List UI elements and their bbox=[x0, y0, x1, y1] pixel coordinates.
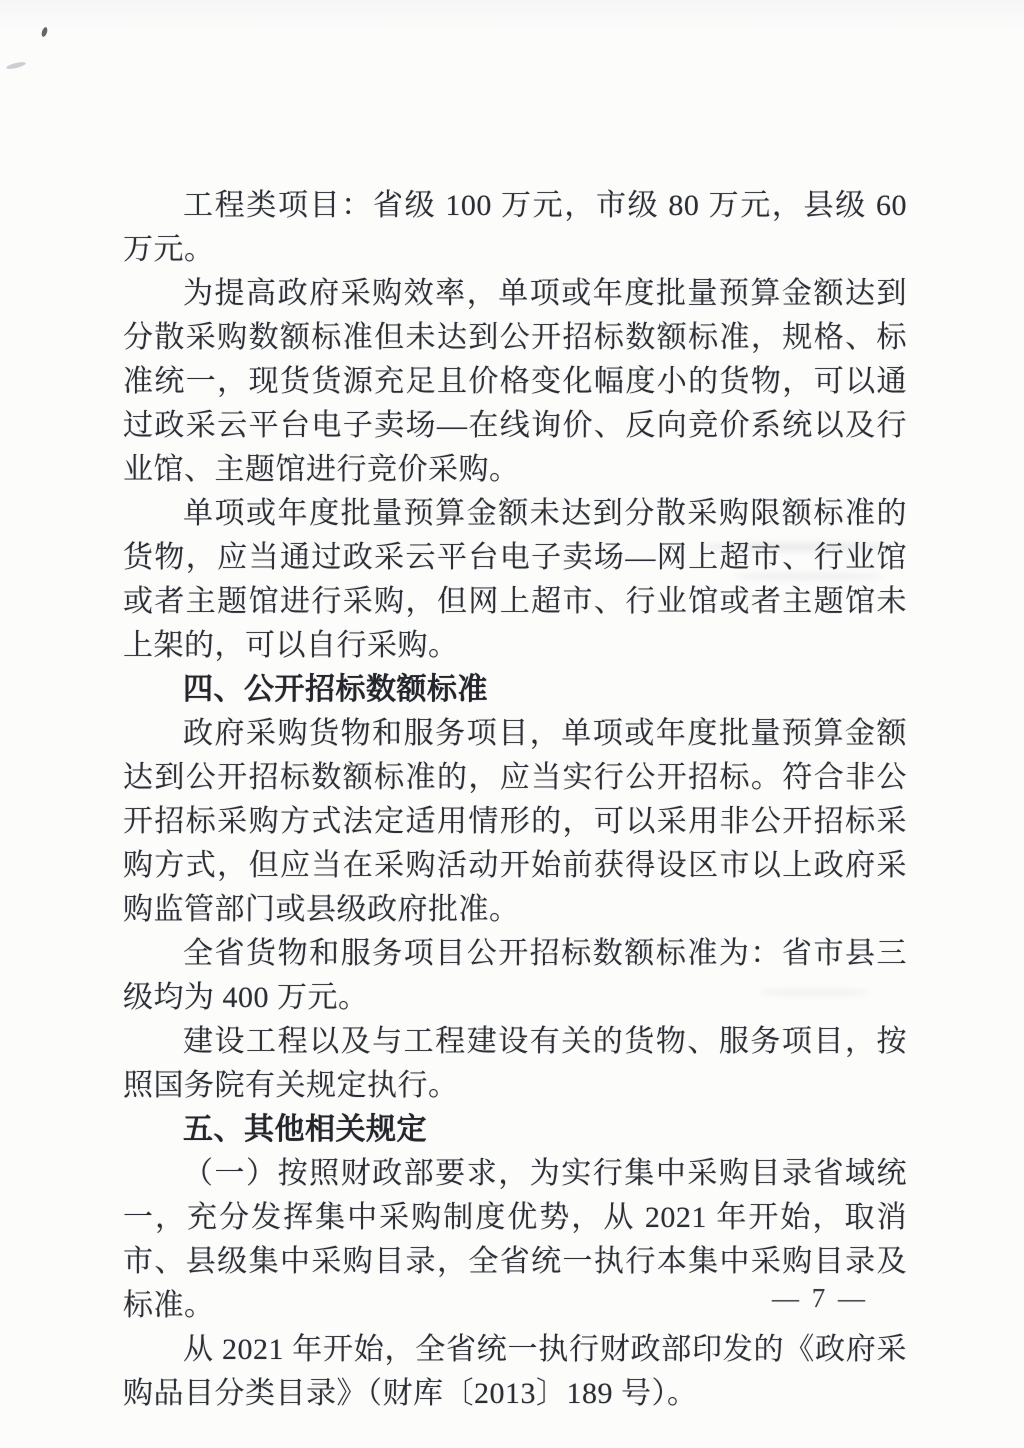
paragraph-construction-projects: 建设工程以及与工程建设有关的货物、服务项目，按照国务院有关规定执行。 bbox=[123, 1020, 907, 1108]
paragraph-project-thresholds: 工程类项目：省级 100 万元，市级 80 万元，县级 60 万元。 bbox=[123, 184, 907, 272]
heading-section-5-other-provisions: 五、其他相关规定 bbox=[123, 1108, 907, 1152]
page-number: — 7 — bbox=[772, 1283, 868, 1314]
scan-artifact-band bbox=[0, 0, 1024, 34]
scan-speck bbox=[41, 26, 49, 37]
paragraph-open-tender-rule: 政府采购货物和服务项目，单项或年度批量预算金额达到公开招标数额标准的，应当实行公… bbox=[123, 712, 907, 932]
paragraph-mof-catalog: 从 2021 年开始，全省统一执行财政部印发的《政府采购品目分类目录》（财库〔2… bbox=[123, 1328, 907, 1416]
heading-section-4-open-tender-threshold: 四、公开招标数额标准 bbox=[123, 668, 907, 712]
document-body: 工程类项目：省级 100 万元，市级 80 万元，县级 60 万元。 为提高政府… bbox=[123, 184, 907, 1416]
paragraph-below-limit-goods: 单项或年度批量预算金额未达到分散采购限额标准的货物，应当通过政采云平台电子卖场—… bbox=[123, 492, 907, 668]
paragraph-provincial-threshold: 全省货物和服务项目公开招标数额标准为：省市县三级均为 400 万元。 bbox=[123, 932, 907, 1020]
scan-speck bbox=[6, 61, 27, 71]
paragraph-competitive-pricing: 为提高政府采购效率，单项或年度批量预算金额达到分散采购数额标准但未达到公开招标数… bbox=[123, 272, 907, 492]
